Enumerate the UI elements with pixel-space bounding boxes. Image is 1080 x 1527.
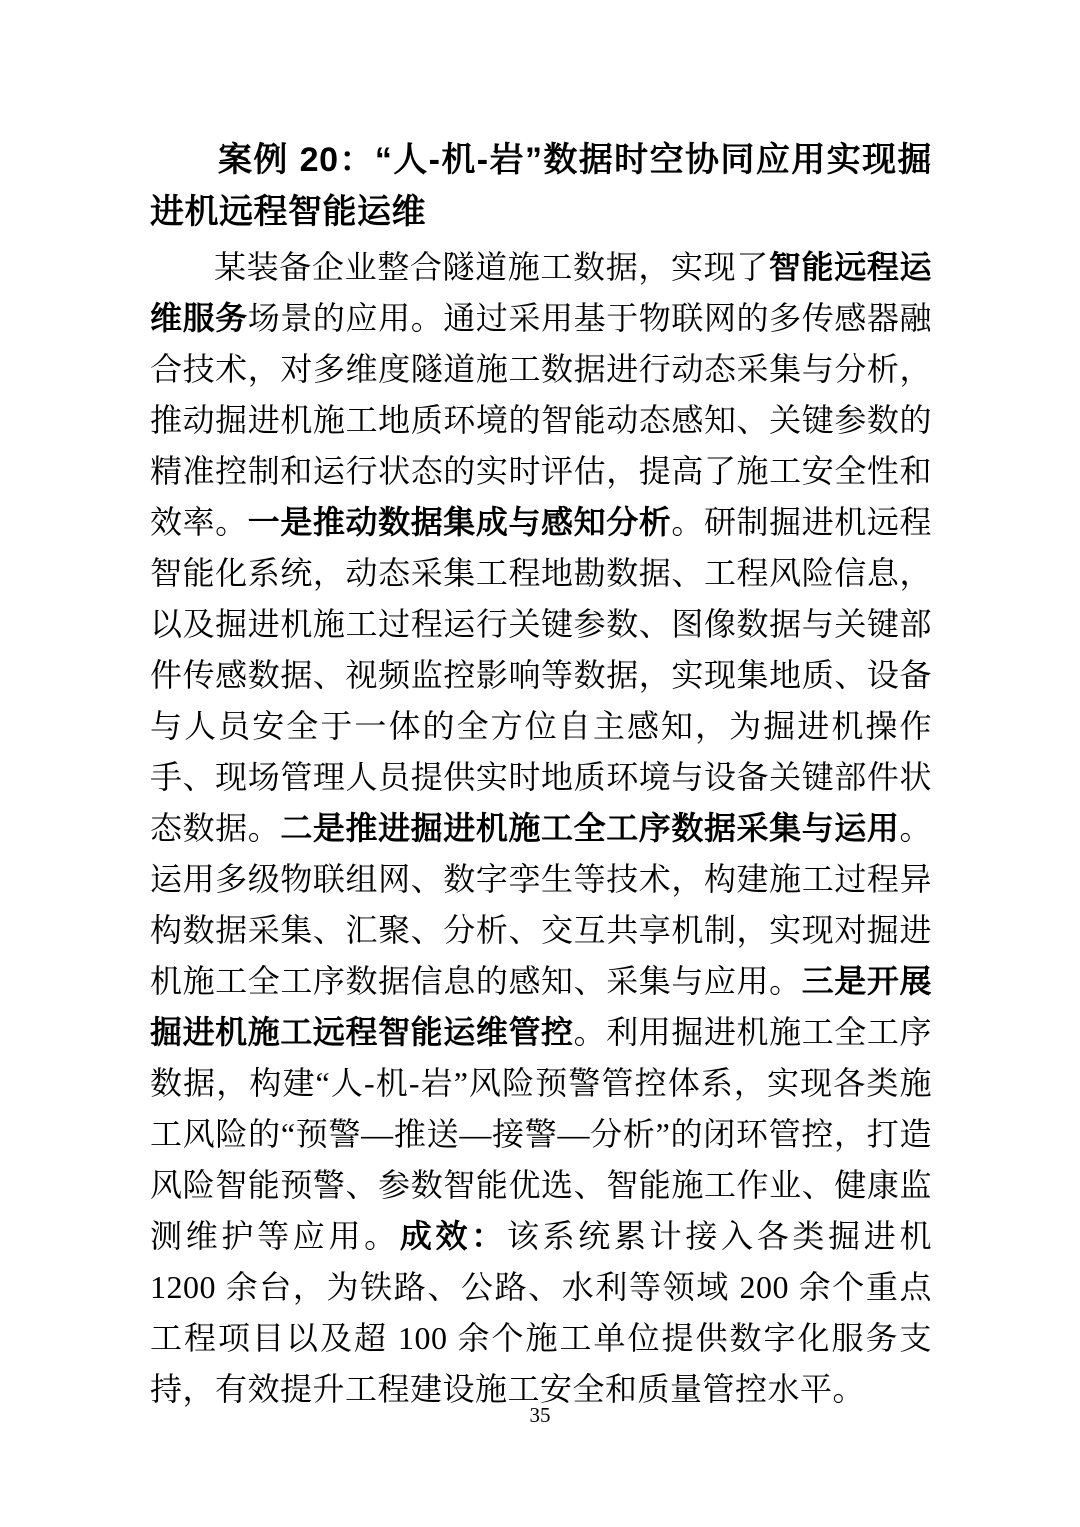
bold-segment: 成效： [400, 1218, 507, 1254]
case-title: 案例 20：“人-机-岩”数据时空协同应用实现掘进机远程智能运维 [150, 134, 932, 238]
page-number: 35 [0, 1402, 1080, 1428]
body-paragraph: 某装备企业整合隧道施工数据，实现了智能远程运维服务场景的应用。通过采用基于物联网… [150, 242, 932, 1415]
bold-segment: 二是推进掘进机施工全工序数据采集与运用 [280, 810, 899, 846]
text-segment: 某装备企业整合隧道施工数据，实现了 [214, 249, 769, 285]
document-page: 案例 20：“人-机-岩”数据时空协同应用实现掘进机远程智能运维 某装备企业整合… [0, 0, 1080, 1527]
page-content: 案例 20：“人-机-岩”数据时空协同应用实现掘进机远程智能运维 某装备企业整合… [150, 134, 932, 1415]
text-segment: 。研制掘进机远程智能化系统，动态采集工程地勘数据、工程风险信息，以及掘进机施工过… [150, 504, 932, 846]
bold-segment: 一是推动数据集成与感知分析 [248, 504, 672, 540]
